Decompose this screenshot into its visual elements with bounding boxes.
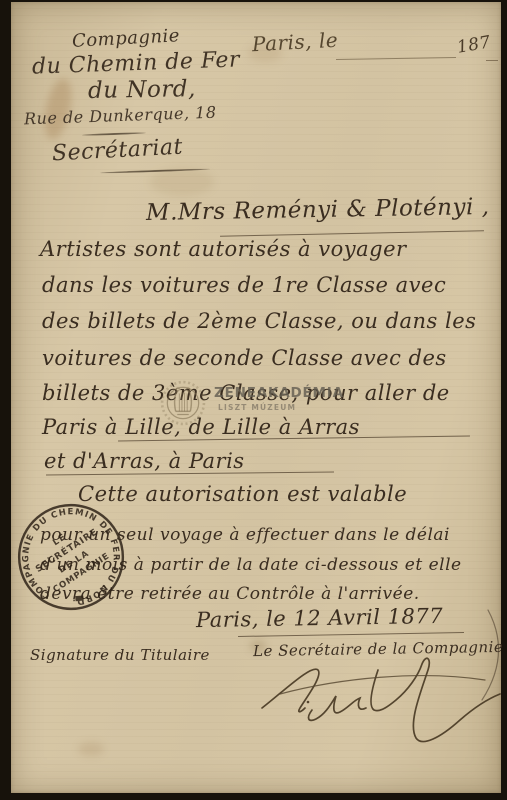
watermark-title: ZENEAKADÉMIA [214,385,344,401]
holder-signature-label: Signature du Titulaire [30,646,210,664]
museum-watermark: ZENEAKADÉMIA LISZT MÚZEUM [150,378,365,430]
paper-stain [150,168,214,196]
body-line: Cette autorisation est valable [78,482,407,506]
secretary-signature [250,650,505,750]
scanned-letter-page: Compagnie du Chemin de Fer du Nord, Rue … [0,0,507,800]
body-line: voitures de seconde Classe avec des [42,346,447,370]
dateline-prefix: Paris, le [251,28,338,56]
paper-stain [78,742,104,756]
stamp-ring-text: COMPAGNIE DU CHEMIN DE FER DU NORD. [3,489,138,624]
svg-text:COMPAGNIE DU CHEMIN DE FER DU: COMPAGNIE DU CHEMIN DE FER DU NORD. [3,489,138,624]
date-place-line: Paris, le 12 Avril 1877 [196,604,443,632]
watermark-subtitle: LISZT MÚZEUM [218,403,296,412]
body-line: des billets de 2ème Classe, ou dans les [42,309,476,333]
body-line: et d'Arras, à Paris [44,449,245,473]
dateline-year-dash [486,60,498,61]
body-line: Artistes sont autorisés à voyager [40,237,407,261]
lyre-emblem-icon [160,380,206,426]
letterhead-company-line3: du Nord, [88,76,196,104]
body-line: dans les voitures de 1re Classe avec [42,273,446,297]
